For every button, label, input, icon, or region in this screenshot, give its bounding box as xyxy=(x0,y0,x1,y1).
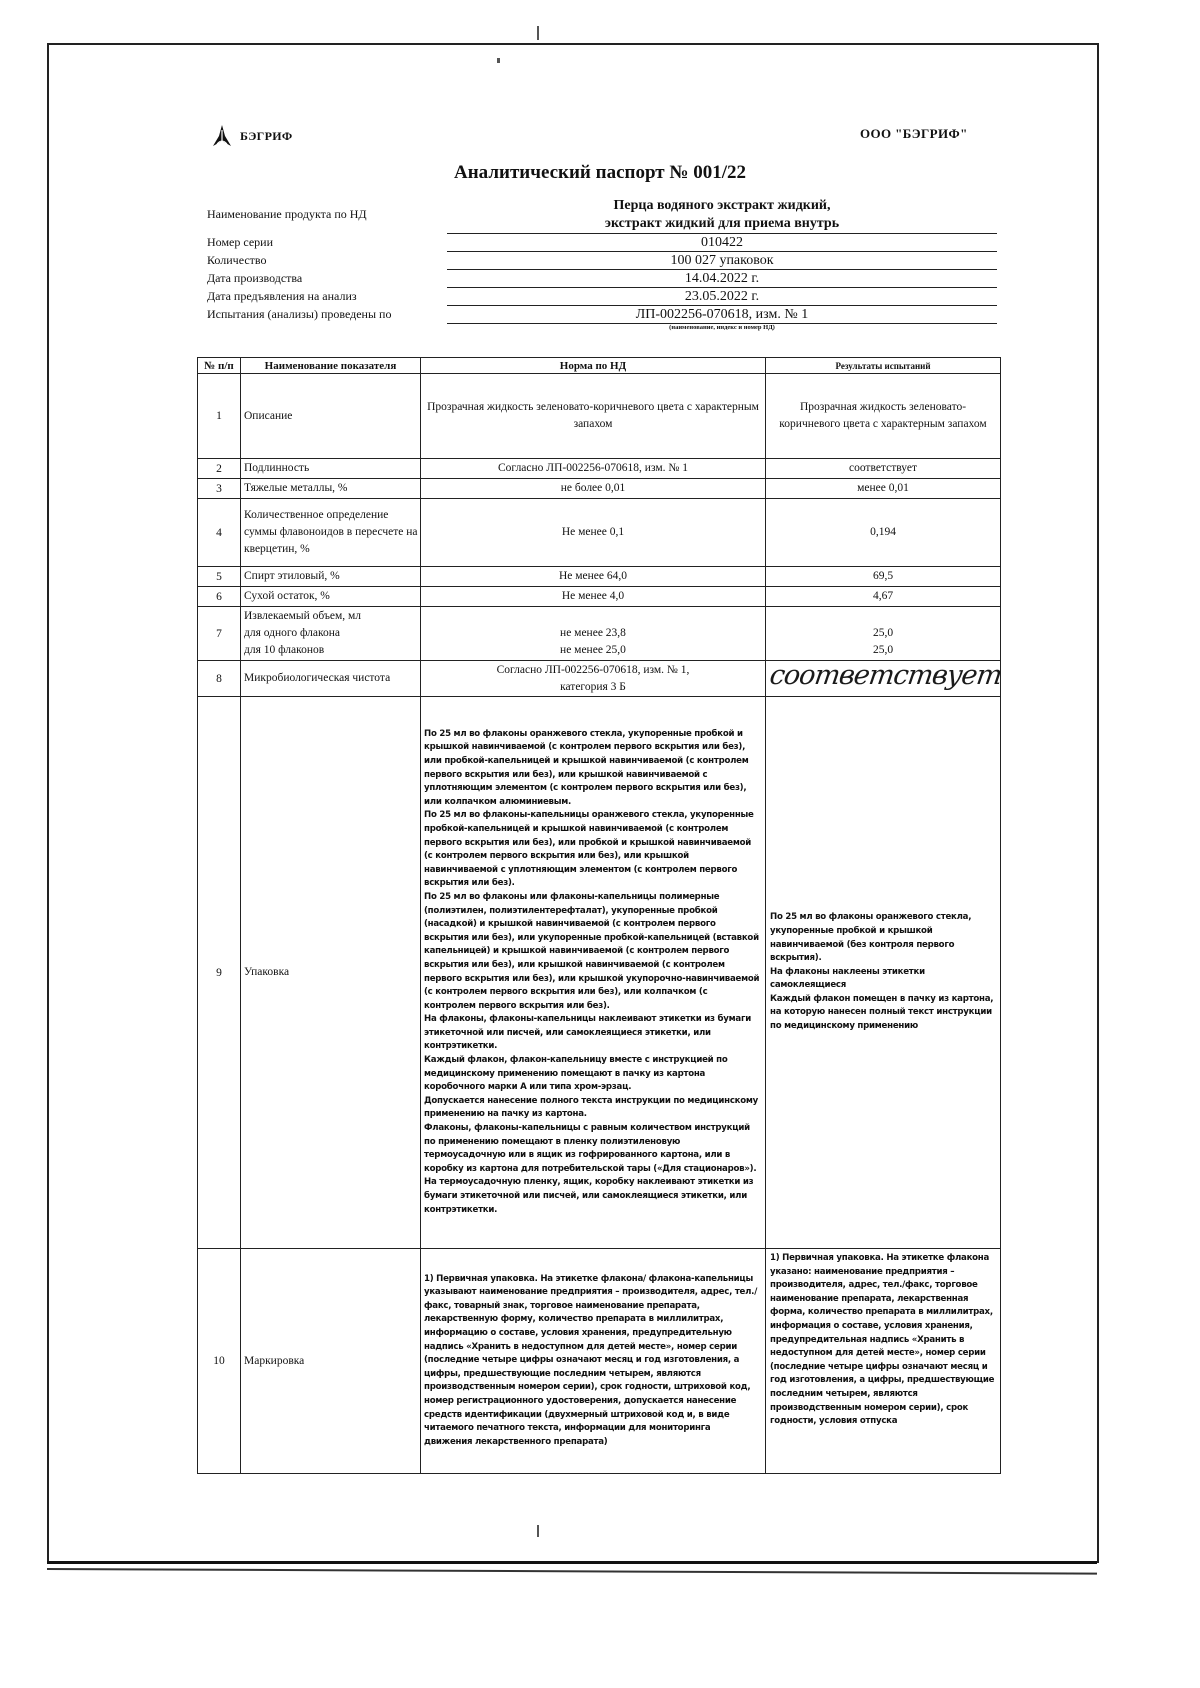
meta-label: Номер серии xyxy=(207,235,447,252)
table-row: 4 Количественное определение суммы флаво… xyxy=(198,499,1001,567)
row-number: 6 xyxy=(198,587,241,607)
meta-label: Испытания (анализы) проведены по xyxy=(207,307,447,324)
row-result: соответствует xyxy=(766,459,1001,479)
row-norm: Не менее 0,1 xyxy=(421,499,766,567)
row-number: 7 xyxy=(198,607,241,661)
result-line: 25,0 xyxy=(770,625,996,642)
row-norm: 1) Первичная упаковка. На этикетке флако… xyxy=(421,1249,766,1474)
norm-paragraph: Допускается нанесение полного текста инс… xyxy=(424,1095,761,1122)
company-name: ООО "БЭГРИФ" xyxy=(860,126,968,142)
table-row: 7 Извлекаемый объем, мл для одного флако… xyxy=(198,607,1001,661)
row-number: 1 xyxy=(198,374,241,459)
scan-mark xyxy=(537,26,539,40)
table-row: 8 Микробиологическая чистота Согласно ЛП… xyxy=(198,661,1001,697)
meta-row-series: Номер серии 010422 xyxy=(207,234,997,252)
row-indicator: Подлинность xyxy=(241,459,421,479)
meta-row-quantity: Количество 100 027 упаковок xyxy=(207,252,997,270)
indicator-line: Извлекаемый объем, мл xyxy=(244,608,419,625)
row-number: 5 xyxy=(198,567,241,587)
col-header-result: Результаты испытаний xyxy=(766,358,1001,374)
col-header-norm: Норма по НД xyxy=(421,358,766,374)
row-result: 0,194 xyxy=(766,499,1001,567)
row-norm: Не менее 4,0 xyxy=(421,587,766,607)
indicator-line: для 10 флаконов xyxy=(244,642,419,659)
indicator-line: для одного флакона xyxy=(244,625,419,642)
row-indicator: Спирт этиловый, % xyxy=(241,567,421,587)
meta-row-tested-by: Испытания (анализы) проведены по ЛП-0022… xyxy=(207,306,997,324)
row-norm: Согласно ЛП-002256-070618, изм. № 1 xyxy=(421,459,766,479)
brand-logo-icon xyxy=(212,124,232,148)
product-meta: Наименование продукта по НД Перца водяно… xyxy=(207,196,997,331)
result-paragraph: По 25 мл во флаконы оранжевого стекла, у… xyxy=(770,911,996,965)
norm-paragraph: На термоусадочную пленку, ящик, коробку … xyxy=(424,1176,761,1217)
norm-paragraph: По 25 мл во флаконы-капельницы оранжевог… xyxy=(424,809,761,891)
table-header-row: № п/п Наименование показателя Норма по Н… xyxy=(198,358,1001,374)
row-indicator: Описание xyxy=(241,374,421,459)
result-paragraph: 1) Первичная упаковка. На этикетке флако… xyxy=(770,1252,996,1429)
norm-paragraph: На флаконы, флаконы-капельницы наклеиваю… xyxy=(424,1013,761,1054)
table-row: 10 Маркировка 1) Первичная упаковка. На … xyxy=(198,1249,1001,1474)
row-indicator: Количественное определение суммы флавоно… xyxy=(241,499,421,567)
row-indicator: Микробиологическая чистота xyxy=(241,661,421,697)
result-line xyxy=(770,608,996,625)
row-result: По 25 мл во флаконы оранжевого стекла, у… xyxy=(766,697,1001,1249)
row-norm: не более 0,01 xyxy=(421,479,766,499)
norm-paragraph: 1) Первичная упаковка. На этикетке флако… xyxy=(424,1273,761,1450)
row-indicator: Тяжелые металлы, % xyxy=(241,479,421,499)
norm-line: не менее 23,8 xyxy=(427,625,759,642)
row-result: 25,0 25,0 xyxy=(766,607,1001,661)
results-table: № п/п Наименование показателя Норма по Н… xyxy=(197,357,1001,1474)
table-row: 6 Сухой остаток, % Не менее 4,0 4,67 xyxy=(198,587,1001,607)
norm-paragraph: По 25 мл во флаконы оранжевого стекла, у… xyxy=(424,728,761,810)
product-name-line1: Перца водяного экстракт жидкий, xyxy=(447,197,997,215)
page-frame-bottom-edge xyxy=(47,1561,1097,1564)
document-title: Аналитический паспорт № 001/22 xyxy=(0,162,1200,184)
row-number: 4 xyxy=(198,499,241,567)
scan-mark xyxy=(497,58,500,63)
row-result: Прозрачная жидкость зеленовато-коричнево… xyxy=(766,374,1001,459)
norm-line: не менее 25,0 xyxy=(427,642,759,659)
brand-name: БЭГРИФ xyxy=(240,129,292,144)
meta-label: Дата предъявления на анализ xyxy=(207,289,447,306)
scan-mark xyxy=(537,1525,539,1537)
meta-label: Наименование продукта по НД xyxy=(207,207,447,234)
meta-hint: (наименование, индекс и номер НД) xyxy=(447,324,997,331)
table-row: 1 Описание Прозрачная жидкость зеленоват… xyxy=(198,374,1001,459)
row-result: 4,67 xyxy=(766,587,1001,607)
product-name-line2: экстракт жидкий для приема внутрь xyxy=(447,215,997,233)
table-row: 5 Спирт этиловый, % Не менее 64,0 69,5 xyxy=(198,567,1001,587)
meta-row-product: Наименование продукта по НД Перца водяно… xyxy=(207,196,997,234)
row-indicator: Маркировка xyxy=(241,1249,421,1474)
table-row: 9 Упаковка По 25 мл во флаконы оранжевог… xyxy=(198,697,1001,1249)
row-result: 69,5 xyxy=(766,567,1001,587)
result-paragraph: На флаконы наклеены этикетки самоклеящие… xyxy=(770,966,996,993)
norm-paragraph: По 25 мл во флаконы или флаконы-капельни… xyxy=(424,891,761,1013)
handwritten-result: соответствует xyxy=(769,667,1003,684)
meta-label: Дата производства xyxy=(207,271,447,288)
quantity-value: 100 027 упаковок xyxy=(447,252,997,270)
row-number: 9 xyxy=(198,697,241,1249)
row-norm: Не менее 64,0 xyxy=(421,567,766,587)
production-date-value: 14.04.2022 г. xyxy=(447,270,997,288)
norm-paragraph: Флаконы, флаконы-капельницы с равным кол… xyxy=(424,1122,761,1176)
row-norm: Прозрачная жидкость зеленовато-коричнево… xyxy=(421,374,766,459)
table-row: 2 Подлинность Согласно ЛП-002256-070618,… xyxy=(198,459,1001,479)
brand-header: БЭГРИФ xyxy=(212,124,292,148)
page-frame-bottom-edge-shadow xyxy=(47,1568,1097,1575)
row-indicator: Извлекаемый объем, мл для одного флакона… xyxy=(241,607,421,661)
row-indicator: Упаковка xyxy=(241,697,421,1249)
row-norm: По 25 мл во флаконы оранжевого стекла, у… xyxy=(421,697,766,1249)
row-norm: Согласно ЛП-002256-070618, изм. № 1, кат… xyxy=(421,661,766,697)
submission-date-value: 23.05.2022 г. xyxy=(447,288,997,306)
meta-label: Количество xyxy=(207,253,447,270)
row-result: менее 0,01 xyxy=(766,479,1001,499)
row-result: 1) Первичная упаковка. На этикетке флако… xyxy=(766,1249,1001,1474)
tested-by-value: ЛП-002256-070618, изм. № 1 xyxy=(447,306,997,324)
row-number: 2 xyxy=(198,459,241,479)
col-header-name: Наименование показателя xyxy=(241,358,421,374)
meta-row-submission-date: Дата предъявления на анализ 23.05.2022 г… xyxy=(207,288,997,306)
norm-line xyxy=(427,608,759,625)
row-indicator: Сухой остаток, % xyxy=(241,587,421,607)
meta-row-production-date: Дата производства 14.04.2022 г. xyxy=(207,270,997,288)
norm-line: Согласно ЛП-002256-070618, изм. № 1, xyxy=(427,662,759,679)
table-row: 3 Тяжелые металлы, % не более 0,01 менее… xyxy=(198,479,1001,499)
series-value: 010422 xyxy=(447,234,997,252)
row-number: 8 xyxy=(198,661,241,697)
result-paragraph: Каждый флакон помещен в пачку из картона… xyxy=(770,993,996,1034)
product-name-value: Перца водяного экстракт жидкий, экстракт… xyxy=(447,196,997,234)
row-result: соответствует xyxy=(766,661,1001,697)
row-number: 10 xyxy=(198,1249,241,1474)
row-norm: не менее 23,8 не менее 25,0 xyxy=(421,607,766,661)
norm-line: категория 3 Б xyxy=(427,679,759,696)
col-header-num: № п/п xyxy=(198,358,241,374)
row-number: 3 xyxy=(198,479,241,499)
result-line: 25,0 xyxy=(770,642,996,659)
norm-paragraph: Каждый флакон, флакон-капельницу вместе … xyxy=(424,1054,761,1095)
